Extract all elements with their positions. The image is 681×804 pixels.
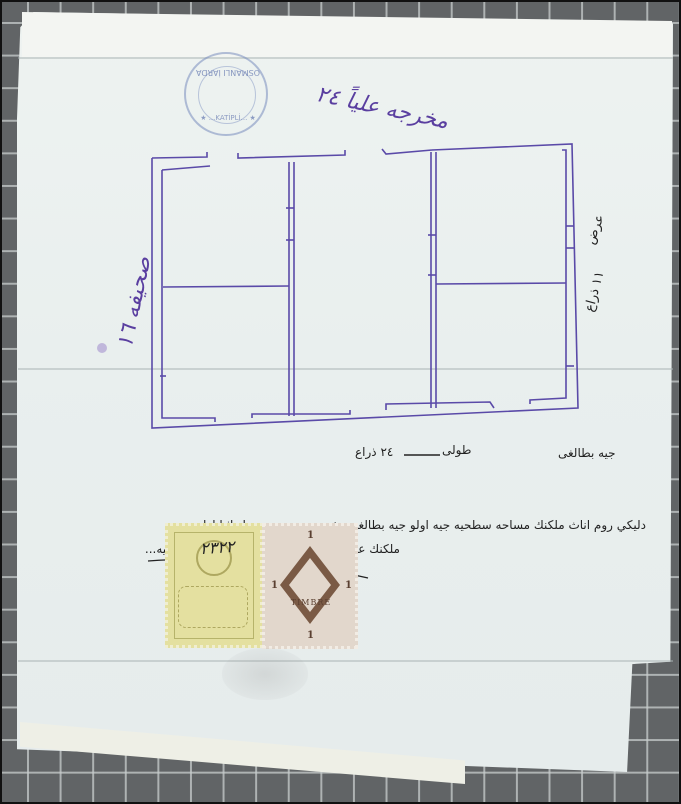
faded-seal: [222, 648, 308, 700]
stamp-denomination-top: 1: [307, 530, 314, 541]
signature: ٢٣٢٢: [199, 537, 235, 558]
stamp-denomination-right: 1: [345, 580, 352, 591]
brown-timbre-stamp: 1 1 1 1 TIMBRE: [262, 523, 358, 649]
dimension-label: طولی: [442, 443, 471, 457]
right-dimension-label: جيه بطالغی: [558, 446, 616, 460]
stamp-ornament: [178, 586, 248, 628]
stamp-denomination-left: 1: [271, 580, 278, 591]
stamp-denomination-bottom: 1: [307, 630, 314, 641]
dimension-value: ٢٤ ذراع: [355, 445, 393, 459]
floor-plan-drawing: [0, 0, 681, 804]
stamp-timbre-label: TIMBRE: [287, 598, 335, 607]
